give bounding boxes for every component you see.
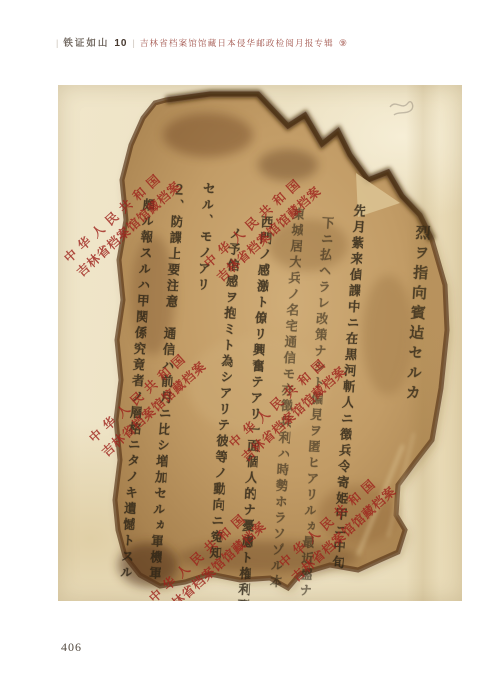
book-page: | 铁证如山 10 | 吉林省档案馆馆藏日本侵华邮政检阅月报专辑 ⑨ — [0, 0, 503, 700]
ink-column: ノ予倌感ヲ抱ミト為シアリテ彼等ノ動向ニ寃知 — [206, 226, 240, 562]
collection-subtitle: 吉林省档案馆馆藏日本侵华邮政检阅月报专辑 — [140, 38, 334, 49]
ink-column: ２、防諜上要注意 通信ハ前月ニ比シ増加セルヵ軍機軍 — [146, 182, 184, 582]
page-number: 406 — [61, 640, 82, 655]
ink-column: 西門ノ感激ト僚リ興奮テアリ一面個人的ナ憂慮ト権利到来 — [233, 215, 272, 601]
volume-number: 10 — [114, 38, 127, 49]
handwritten-text-block: 烈ヲ指向賓迠セルカ 先月紫来偵諜中ニ在黒河斬人ニ徴兵令寄姫甲ニ中旬 下ニ払ヘラレ… — [58, 85, 462, 601]
page-header: | 铁证如山 10 | 吉林省档案馆馆藏日本侵华邮政检阅月报专辑 ⑨ — [56, 38, 347, 49]
header-separator: | — [56, 38, 58, 49]
archive-photo: 烈ヲ指向賓迠セルカ 先月紫来偵諜中ニ在黒河斬人ニ徴兵令寄姫甲ニ中旬 下ニ払ヘラレ… — [58, 85, 462, 601]
ink-column: 下ニ払ヘラレ改策ナシト偏見ヲ匿ヒアリルヵ最近盛ナル — [295, 216, 333, 601]
series-title: 铁证如山 — [63, 38, 109, 49]
ink-column: 烈ヲ指向賓迠セルカ — [403, 224, 430, 405]
ink-column: 先月紫来偵諜中ニ在黒河斬人ニ徴兵令寄姫甲ニ中旬 — [329, 203, 365, 571]
header-separator: | — [132, 38, 134, 49]
issue-number: ⑨ — [339, 38, 347, 49]
ink-column: 東城居大兵ノ名宅通信モ亦徴兵利ハ時勢ホラソゾル本 — [267, 207, 304, 591]
ink-column: セル、モノアリ — [194, 181, 214, 294]
